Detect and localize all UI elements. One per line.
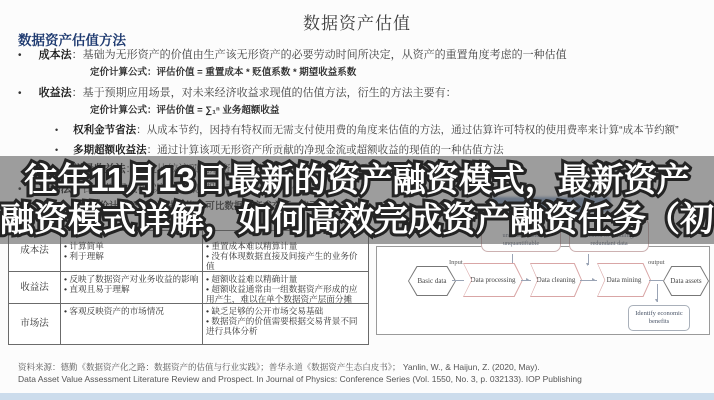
pro-item: 客观反映资产的市场情况 bbox=[64, 306, 199, 316]
table-cons-cell: 缺乏足够的公开市场交易基础 数据资产的价值需要根据交易背景不同进行具体分析 bbox=[203, 304, 369, 345]
node-label: Data cleaning bbox=[531, 264, 581, 296]
bottom-accent-strip bbox=[0, 393, 714, 400]
con-item: 数据资产的价值需要根据交易背景不同进行具体分析 bbox=[206, 316, 365, 336]
node-data-assets: Data assets bbox=[663, 266, 709, 296]
submethod-desc: ：从成本节约，因持有特权而无需支付使用费的角度来估值的方法，通过估算许可特权的使… bbox=[136, 124, 679, 136]
headline-fill: 往年11月13日最新的资产融资模式，最新资产 bbox=[24, 161, 690, 198]
bullet-multi-period-excess: 多期超额收益法：通过计算该项无形资产所贡献的净现金流或超额收益的现值的一种估值方… bbox=[55, 142, 504, 157]
slide-page: 数据资产估值 数据资产估值方法 成本法：基础为无形资产的价值由生产该无形资产的必… bbox=[0, 0, 714, 400]
submethod-term: 多期超额收益法 bbox=[73, 144, 147, 156]
cost-formula: 定价计算公式：评估价值 = 重置成本 * 贬值系数 * 期望收益系数 bbox=[90, 64, 356, 78]
node-data-cleaning: Data cleaning bbox=[530, 263, 582, 297]
arrow-down-icon: ▾ bbox=[586, 261, 589, 268]
bullet-royalty-saving: 权利金节省法：从成本节约，因持有特权而无需支付使用费的角度来估值的方法，通过估算… bbox=[55, 122, 679, 137]
pro-item: 利于理解 bbox=[64, 251, 199, 261]
table-row-label: 市场法 bbox=[9, 304, 61, 345]
node-label: Data processing bbox=[464, 264, 522, 296]
submethod-desc: ：通过计算该项无形资产所贡献的净现金流或超额收益的现值的一种估值方法 bbox=[147, 144, 504, 156]
pro-item: 直观且易于理解 bbox=[64, 284, 199, 294]
con-item: 缺乏足够的公开市场交易基础 bbox=[206, 306, 365, 316]
headline-fill: 融资模式详解，如何高效完成资产融资任务（初 bbox=[0, 201, 714, 239]
input-label: Input bbox=[449, 259, 463, 266]
arrow-right-icon: ▸ bbox=[526, 276, 529, 283]
table-pros-cell: 客观反映资产的市场情况 bbox=[61, 304, 203, 345]
output-label: output bbox=[648, 259, 665, 266]
submethod-term: 权利金节省法 bbox=[73, 124, 136, 136]
method-desc: ：基于预期应用场景，对未来经济收益求现值的估值方法，衍生的方法主要有： bbox=[72, 87, 457, 99]
income-formula: 定价计算公式：评估价值 = ∑₁ⁿ 业务超额收益 bbox=[90, 102, 279, 116]
node-label: Basic data bbox=[409, 267, 455, 295]
headline-overlay: 往年11月13日最新的资产融资模式，最新资产 往年11月13日最新的资产融资模式… bbox=[0, 156, 714, 244]
node-label: Data mining bbox=[598, 264, 650, 296]
pro-item: 反映了数据资产对业务收益的影响 bbox=[64, 274, 199, 284]
bullet-cost-method: 成本法：基础为无形资产的价值由生产该无形资产的必要劳动时间所决定，从资产的重置角… bbox=[18, 46, 567, 62]
method-desc: ：基础为无形资产的价值由生产该无形资产的必要劳动时间所决定，从资产的重置角度考虑… bbox=[72, 49, 567, 61]
arrow-right-icon: ▸ bbox=[592, 276, 595, 283]
node-label: Data assets bbox=[664, 267, 708, 295]
method-term: 收益法 bbox=[39, 87, 72, 99]
source-line-1: 资料来源：德勤《数据资产化之路：数据资产的估值与行业实践》；普华永道《数据资产生… bbox=[18, 361, 540, 373]
con-item: 超额收益难以精确计量 bbox=[206, 274, 365, 284]
arrow-down-icon: ▾ bbox=[655, 297, 658, 304]
headline-line1: 往年11月13日最新的资产融资模式，最新资产 往年11月13日最新的资产融资模式… bbox=[0, 159, 714, 200]
identify-economic-benefits-box: Identify economic benefits bbox=[628, 305, 690, 331]
method-comparison-table: 成本法 计算简单 利于理解 重置成本难以精算计量 没有体现数据直接及间接产生的业… bbox=[8, 230, 369, 345]
node-data-processing: Data processing bbox=[463, 263, 523, 297]
table-cons-cell: 超额收益难以精确计量 超额收益通常由一组数据资产形成的应用产生，难以在单个数据资… bbox=[203, 272, 369, 304]
table-pros-cell: 反映了数据资产对业务收益的影响 直观且易于理解 bbox=[61, 272, 203, 304]
bullet-income-method: 收益法：基于预期应用场景，对未来经济收益求现值的估值方法，衍生的方法主要有： bbox=[18, 84, 457, 100]
connector-line bbox=[649, 280, 663, 281]
table-row-label: 收益法 bbox=[9, 272, 61, 304]
headline-line2: 融资模式详解，如何高效完成资产融资任务（初 融资模式详解，如何高效完成资产融资任… bbox=[0, 200, 714, 241]
node-data-mining: Data mining bbox=[597, 263, 651, 297]
node-basic-data: Basic data bbox=[408, 266, 456, 296]
source-line-2: Data Asset Value Assessment Literature R… bbox=[18, 374, 582, 384]
con-item: 没有体现数据直接及间接产生的业务价值 bbox=[206, 251, 365, 271]
con-item: 超额收益通常由一组数据资产形成的应用产生，难以在单个数据资产层面分摊 bbox=[206, 284, 365, 304]
method-term: 成本法 bbox=[39, 49, 72, 61]
